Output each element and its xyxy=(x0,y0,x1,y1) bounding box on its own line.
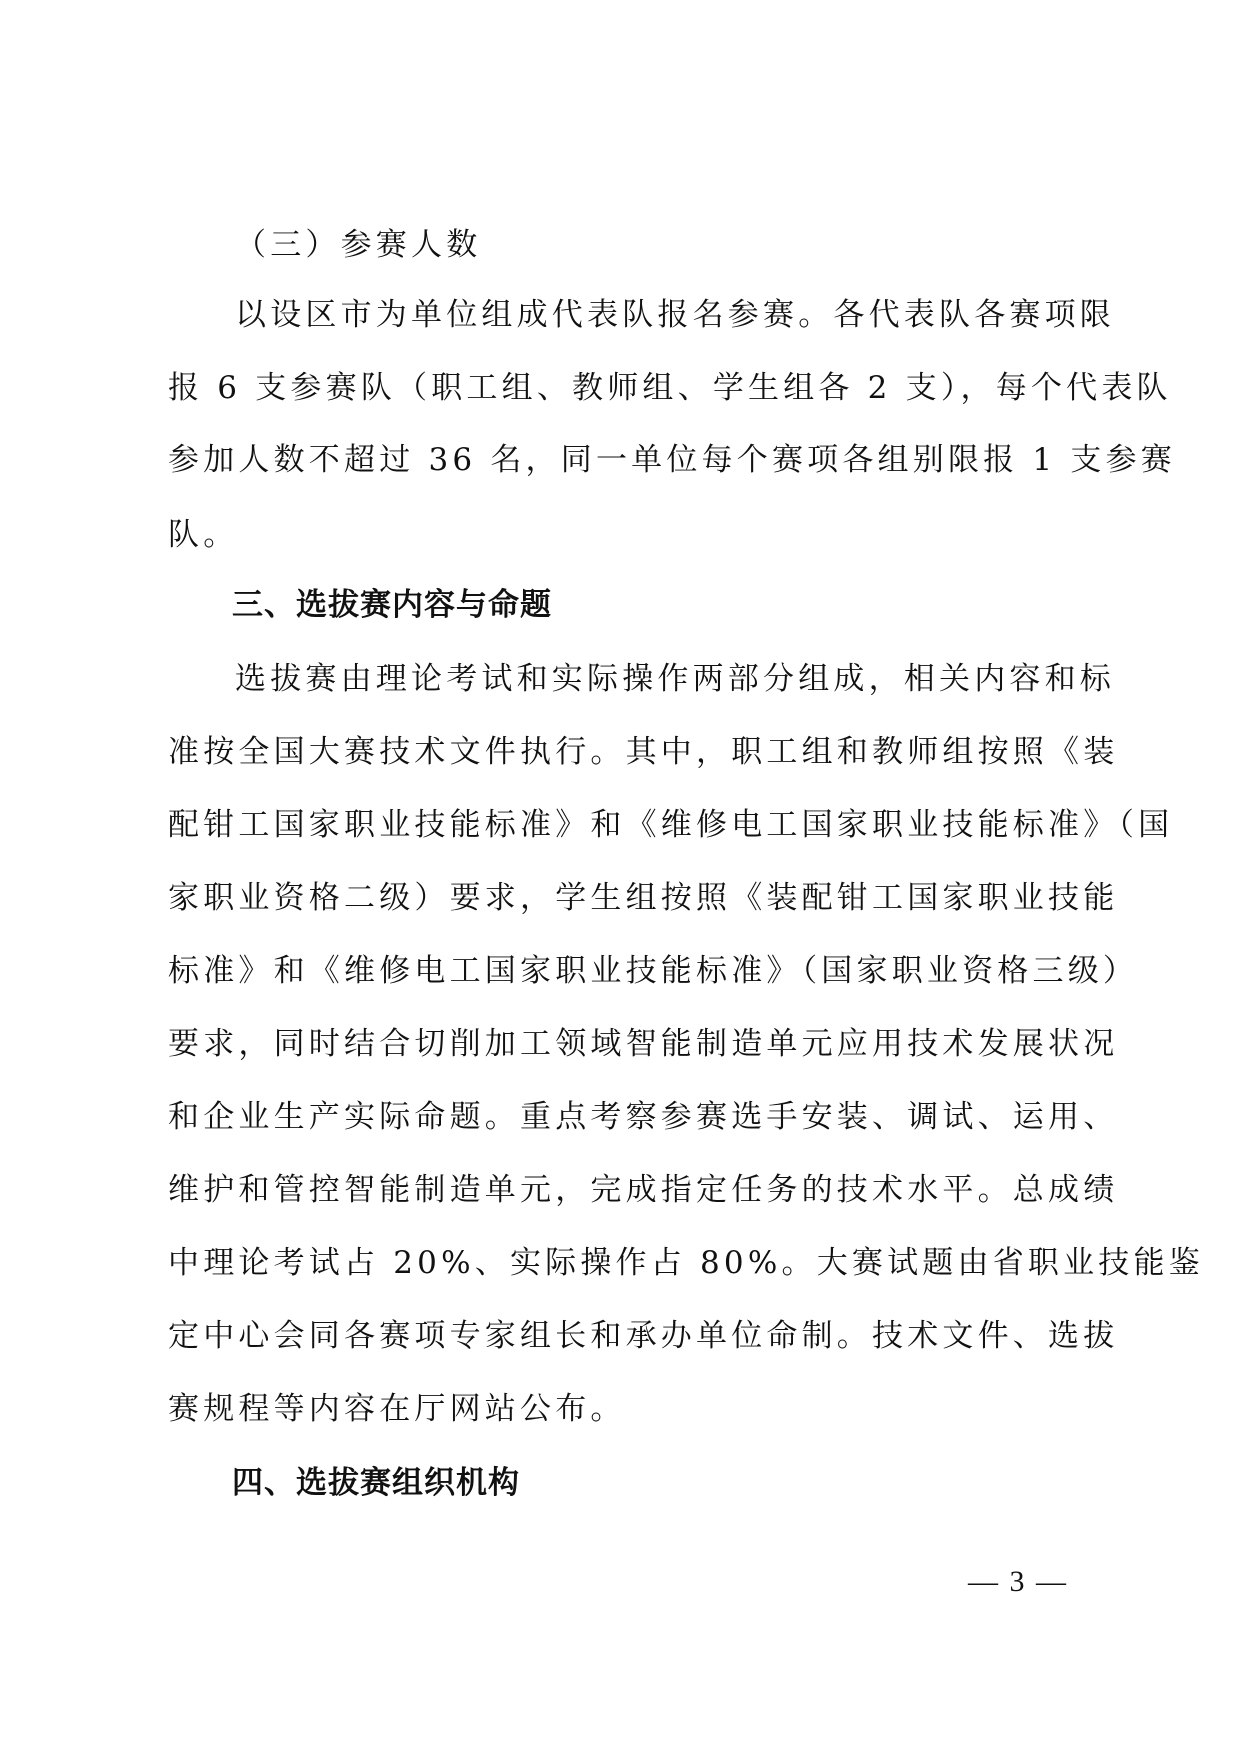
paragraph-line: 赛规程等内容在厅网站公布。 xyxy=(168,1389,1076,1429)
paragraph-line: 报 6 支参赛队（职工组、教师组、学生组各 2 支），每个代表队 xyxy=(168,368,1076,408)
paragraph-line: 标准》和《维修电工国家职业技能标准》（国家职业资格三级） xyxy=(168,951,1076,991)
paragraph-line: 以设区市为单位组成代表队报名参赛。各代表队各赛项限 xyxy=(235,295,1076,335)
paragraph-line: 配钳工国家职业技能标准》和《维修电工国家职业技能标准》（国 xyxy=(168,805,1076,845)
section-heading-content: 三、选拔赛内容与命题 xyxy=(232,585,1140,625)
paragraph-line: 维护和管控智能制造单元，完成指定任务的技术水平。总成绩 xyxy=(168,1170,1076,1210)
subheading-participants: （三）参赛人数 xyxy=(235,225,1143,265)
document-page: （三）参赛人数 以设区市为单位组成代表队报名参赛。各代表队各赛项限 报 6 支参… xyxy=(0,0,1240,1754)
paragraph-line: 要求，同时结合切削加工领域智能制造单元应用技术发展状况 xyxy=(168,1024,1076,1064)
paragraph-line: 选拔赛由理论考试和实际操作两部分组成，相关内容和标 xyxy=(235,659,1076,699)
paragraph-line: 家职业资格二级）要求，学生组按照《装配钳工国家职业技能 xyxy=(168,878,1076,918)
paragraph-line: 参加人数不超过 36 名，同一单位每个赛项各组别限报 1 支参赛 xyxy=(168,440,1076,480)
section-heading-organization: 四、选拔赛组织机构 xyxy=(232,1463,1140,1503)
paragraph-line: 队。 xyxy=(168,515,1076,555)
page-number: — 3 — xyxy=(968,1565,1068,1599)
paragraph-line: 准按全国大赛技术文件执行。其中，职工组和教师组按照《装 xyxy=(168,732,1076,772)
paragraph-line: 和企业生产实际命题。重点考察参赛选手安装、调试、运用、 xyxy=(168,1097,1076,1137)
paragraph-line: 中理论考试占 20%、实际操作占 80%。大赛试题由省职业技能鉴 xyxy=(168,1243,1076,1283)
paragraph-line: 定中心会同各赛项专家组长和承办单位命制。技术文件、选拔 xyxy=(168,1316,1076,1356)
